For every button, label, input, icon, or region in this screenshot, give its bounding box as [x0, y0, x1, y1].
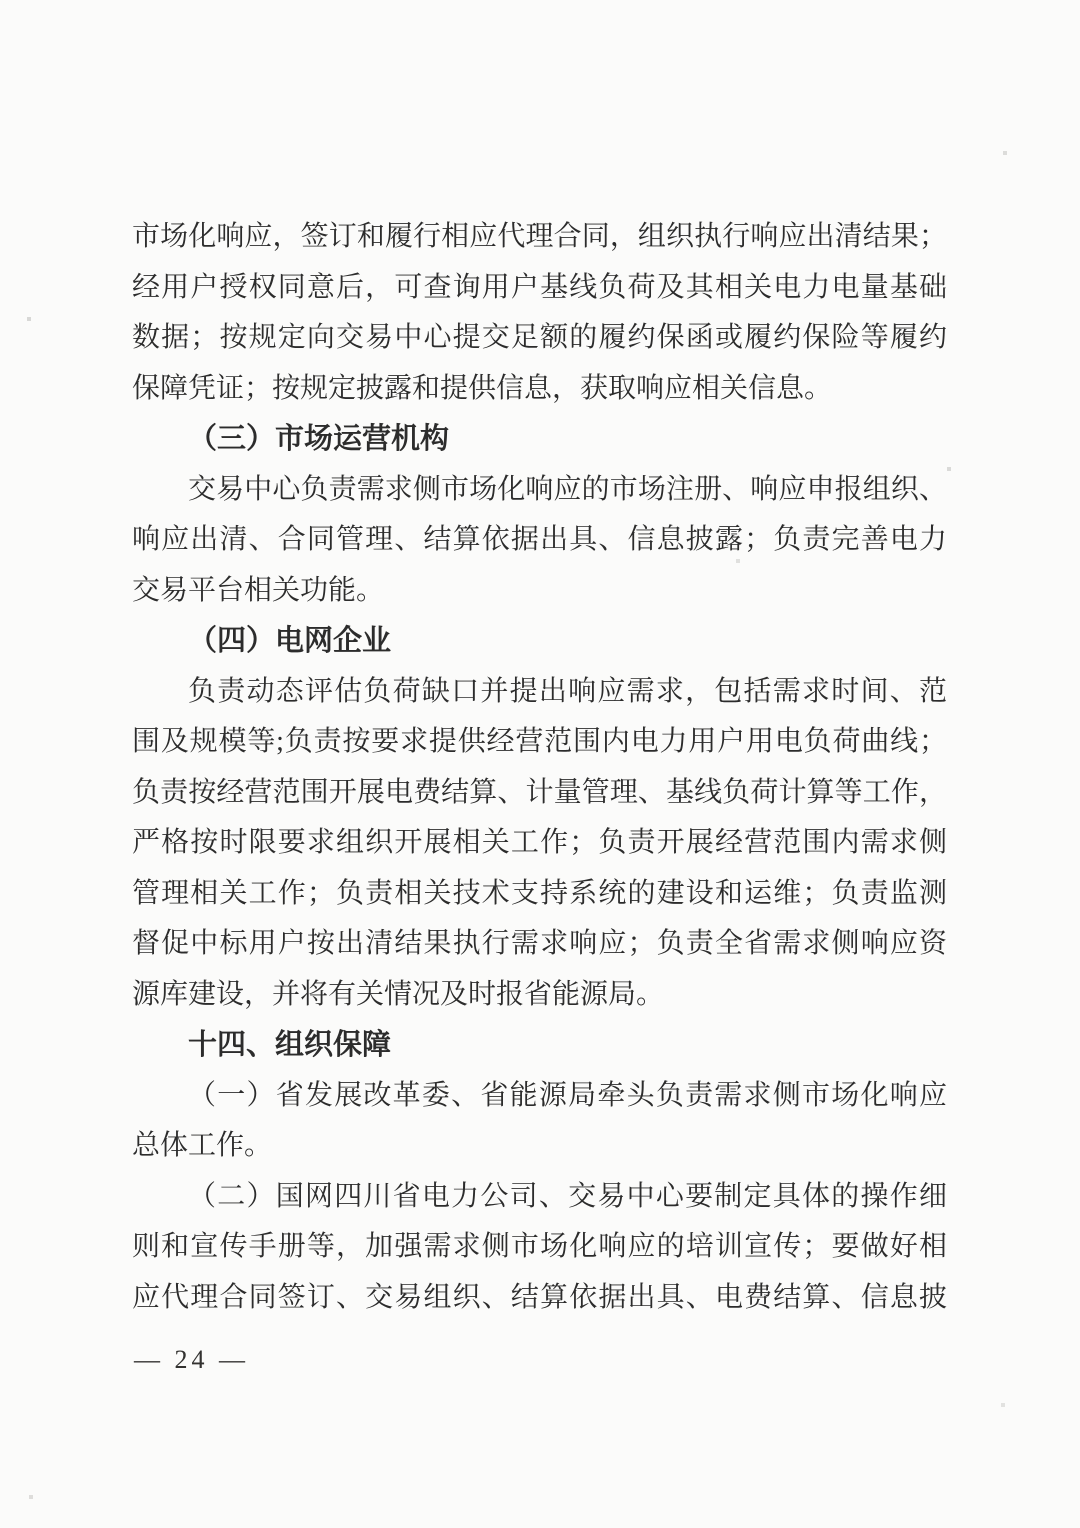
- document-text-line: 保障凭证；按规定披露和提供信息，获取响应相关信息。: [132, 364, 947, 415]
- document-text-line: 负责动态评估负荷缺口并提出响应需求，包括需求时间、范: [132, 667, 947, 718]
- scan-noise-specks: [0, 0, 2, 2]
- document-text-line: 应代理合同签订、交易组织、结算依据出具、电费结算、信息披: [132, 1273, 947, 1324]
- document-text-line: （二）国网四川省电力公司、交易中心要制定具体的操作细: [132, 1172, 947, 1223]
- document-text-line: 交易平台相关功能。: [132, 566, 947, 617]
- document-text-line: 严格按时限要求组织开展相关工作；负责开展经营范围内需求侧: [132, 818, 947, 869]
- document-text-line: 数据；按规定向交易中心提交足额的履约保函或履约保险等履约: [132, 313, 947, 364]
- document-subheading: （四）电网企业: [132, 616, 947, 667]
- scanned-document-page: { "colors": { "paper": "#fbfbfa", "ink":…: [0, 0, 1080, 1528]
- document-text-line: （一）省发展改革委、省能源局牵头负责需求侧市场化响应: [132, 1071, 947, 1122]
- document-text-line: 管理相关工作；负责相关技术支持系统的建设和运维；负责监测: [132, 869, 947, 920]
- document-text-line: 源库建设，并将有关情况及时报省能源局。: [132, 970, 947, 1021]
- document-text-line: 负责按经营范围开展电费结算、计量管理、基线负荷计算等工作，: [132, 768, 947, 819]
- document-text-line: 督促中标用户按出清结果执行需求响应；负责全省需求侧响应资: [132, 919, 947, 970]
- document-text-line: 交易中心负责需求侧市场化响应的市场注册、响应申报组织、: [132, 465, 947, 516]
- document-text-line: 经用户授权同意后，可查询用户基线负荷及其相关电力电量基础: [132, 263, 947, 314]
- document-subheading: （三）市场运营机构: [132, 414, 947, 465]
- document-text-line: 市场化响应，签订和履行相应代理合同，组织执行响应出清结果；: [132, 212, 947, 263]
- document-section-heading: 十四、组织保障: [132, 1020, 947, 1071]
- document-text-block: 市场化响应，签订和履行相应代理合同，组织执行响应出清结果；经用户授权同意后，可查…: [132, 212, 947, 1323]
- page-number-footer: — 24 —: [134, 1345, 249, 1375]
- document-text-line: 则和宣传手册等，加强需求侧市场化响应的培训宣传；要做好相: [132, 1222, 947, 1273]
- document-text-line: 响应出清、合同管理、结算依据出具、信息披露；负责完善电力: [132, 515, 947, 566]
- document-text-line: 围及规模等;负责按要求提供经营范围内电力用户用电负荷曲线；: [132, 717, 947, 768]
- document-text-line: 总体工作。: [132, 1121, 947, 1172]
